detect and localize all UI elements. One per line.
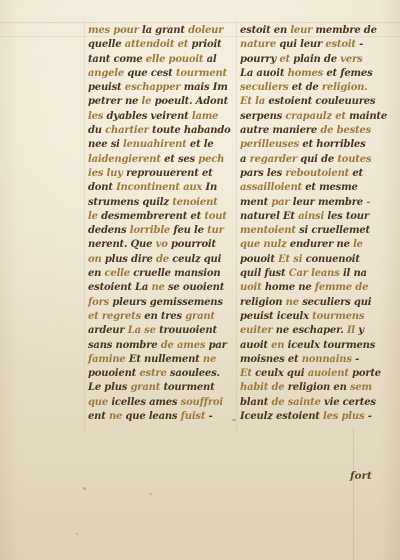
manuscript-text-line: pouoit Et si conuenoit xyxy=(240,253,390,267)
manuscript-text-line: ies luy reprouuerent et xyxy=(88,167,238,181)
ink-flourish-mark xyxy=(232,419,236,421)
manuscript-text-line: pourry et plain de vers xyxy=(240,53,390,67)
manuscript-text-line: ment par leur membre - xyxy=(240,196,390,210)
manuscript-text-line: quil fust Car leans il na xyxy=(240,267,390,281)
manuscript-text-line: dedens lorrible feu le tur xyxy=(88,224,238,238)
manuscript-text-line: estoit en leur membre de xyxy=(240,24,390,38)
manuscript-text-line: dont Incontinent aux In xyxy=(88,181,238,195)
manuscript-text-line: sans nombre de ames par xyxy=(88,339,238,353)
text-column-left: mes pour la grant doleur quelle attendoi… xyxy=(88,24,238,424)
manuscript-text-line: La auoit homes et femes xyxy=(240,67,390,81)
manuscript-text-line: nee si lenuahirent et le xyxy=(88,138,238,152)
manuscript-text-line: Et ceulx qui auoient porte xyxy=(240,367,390,381)
manuscript-text-line: peuist eschapper mais Im xyxy=(88,81,238,95)
manuscript-text-line: auoit en iceulx tourmens xyxy=(240,339,390,353)
manuscript-text-line: quelle attendoit et prioit xyxy=(88,38,238,52)
manuscript-text-line: et regrets en tres grant xyxy=(88,310,238,324)
manuscript-text-line: que icelles ames souffroi xyxy=(88,396,238,410)
manuscript-text-line: religion ne seculiers qui xyxy=(240,296,390,310)
ruling-line-vertical-left-column xyxy=(84,20,85,432)
manuscript-text-line: nerent. Que vo pourroit xyxy=(88,238,238,252)
manuscript-text-line: on plus dire de ceulz qui xyxy=(88,253,238,267)
manuscript-text-line: habit de religion en sem xyxy=(240,381,390,395)
catchword: fort xyxy=(350,470,372,482)
manuscript-text-line: pars les reboutoient et xyxy=(240,167,390,181)
manuscript-text-line: uoit home ne femme de xyxy=(240,281,390,295)
manuscript-text-line: autre maniere de bestes xyxy=(240,124,390,138)
manuscript-text-line: laidengierent et ses pech xyxy=(88,153,238,167)
parchment-speck xyxy=(149,493,152,495)
manuscript-text-line: blant de sainte vie certes xyxy=(240,396,390,410)
manuscript-text-line: Le plus grant tourment xyxy=(88,381,238,395)
manuscript-text-line: peuist iceulx tourmens xyxy=(240,310,390,324)
manuscript-text-line: ardeur La se trouuoient xyxy=(88,324,238,338)
manuscript-text-line: nature qui leur estoit - xyxy=(240,38,390,52)
manuscript-text-line: en celle cruelle mansion xyxy=(88,267,238,281)
manuscript-text-line: estoient La ne se ouoient xyxy=(88,281,238,295)
manuscript-text-line: seculiers et de religion. xyxy=(240,81,390,95)
parchment-speck xyxy=(76,533,78,535)
manuscript-text-line: famine Et nullement ne xyxy=(88,353,238,367)
manuscript-text-line: petrer ne le poeult. Adont xyxy=(88,95,238,109)
manuscript-text-line: strumens quilz tenoient xyxy=(88,196,238,210)
manuscript-text-line: mes pour la grant doleur xyxy=(88,24,238,38)
manuscript-text-line: assailloient et mesme xyxy=(240,181,390,195)
manuscript-text-line: que nulz endurer ne le xyxy=(240,238,390,252)
manuscript-text-line: angele que cest tourment xyxy=(88,67,238,81)
manuscript-page: mes pour la grant doleur quelle attendoi… xyxy=(0,0,400,560)
manuscript-text-line: les dyables veirent lame xyxy=(88,110,238,124)
parchment-speck xyxy=(83,487,86,490)
manuscript-text-line: ent ne que leans fuist - xyxy=(88,410,238,424)
manuscript-text-line: a regarder qui de toutes xyxy=(240,153,390,167)
manuscript-text-line: Et la estoient couleuures xyxy=(240,95,390,109)
manuscript-text-line: serpens crapaulz et mainte xyxy=(240,110,390,124)
manuscript-text-line: le desmembrerent et tout xyxy=(88,210,238,224)
manuscript-text-line: fors pleurs gemissemens xyxy=(88,296,238,310)
manuscript-text-line: moisnes et nonnains - xyxy=(240,353,390,367)
parchment-crease-vertical xyxy=(353,428,354,560)
manuscript-text-line: pouoient estre saoulees. xyxy=(88,367,238,381)
manuscript-text-line: tant come elle pouoit al xyxy=(88,53,238,67)
manuscript-text-line: Iceulz estoient les plus - xyxy=(240,410,390,424)
manuscript-text-line: du chartier toute habando xyxy=(88,124,238,138)
text-column-right: estoit en leur membre de nature qui leur… xyxy=(240,24,390,424)
manuscript-text-line: euiter ne eschaper. Il y xyxy=(240,324,390,338)
manuscript-text-line: naturel Et ainsi les tour xyxy=(240,210,390,224)
manuscript-text-line: perilleuses et horribles xyxy=(240,138,390,152)
manuscript-text-line: mentoient si cruellemet xyxy=(240,224,390,238)
ruling-line-horizontal-top xyxy=(0,22,400,23)
